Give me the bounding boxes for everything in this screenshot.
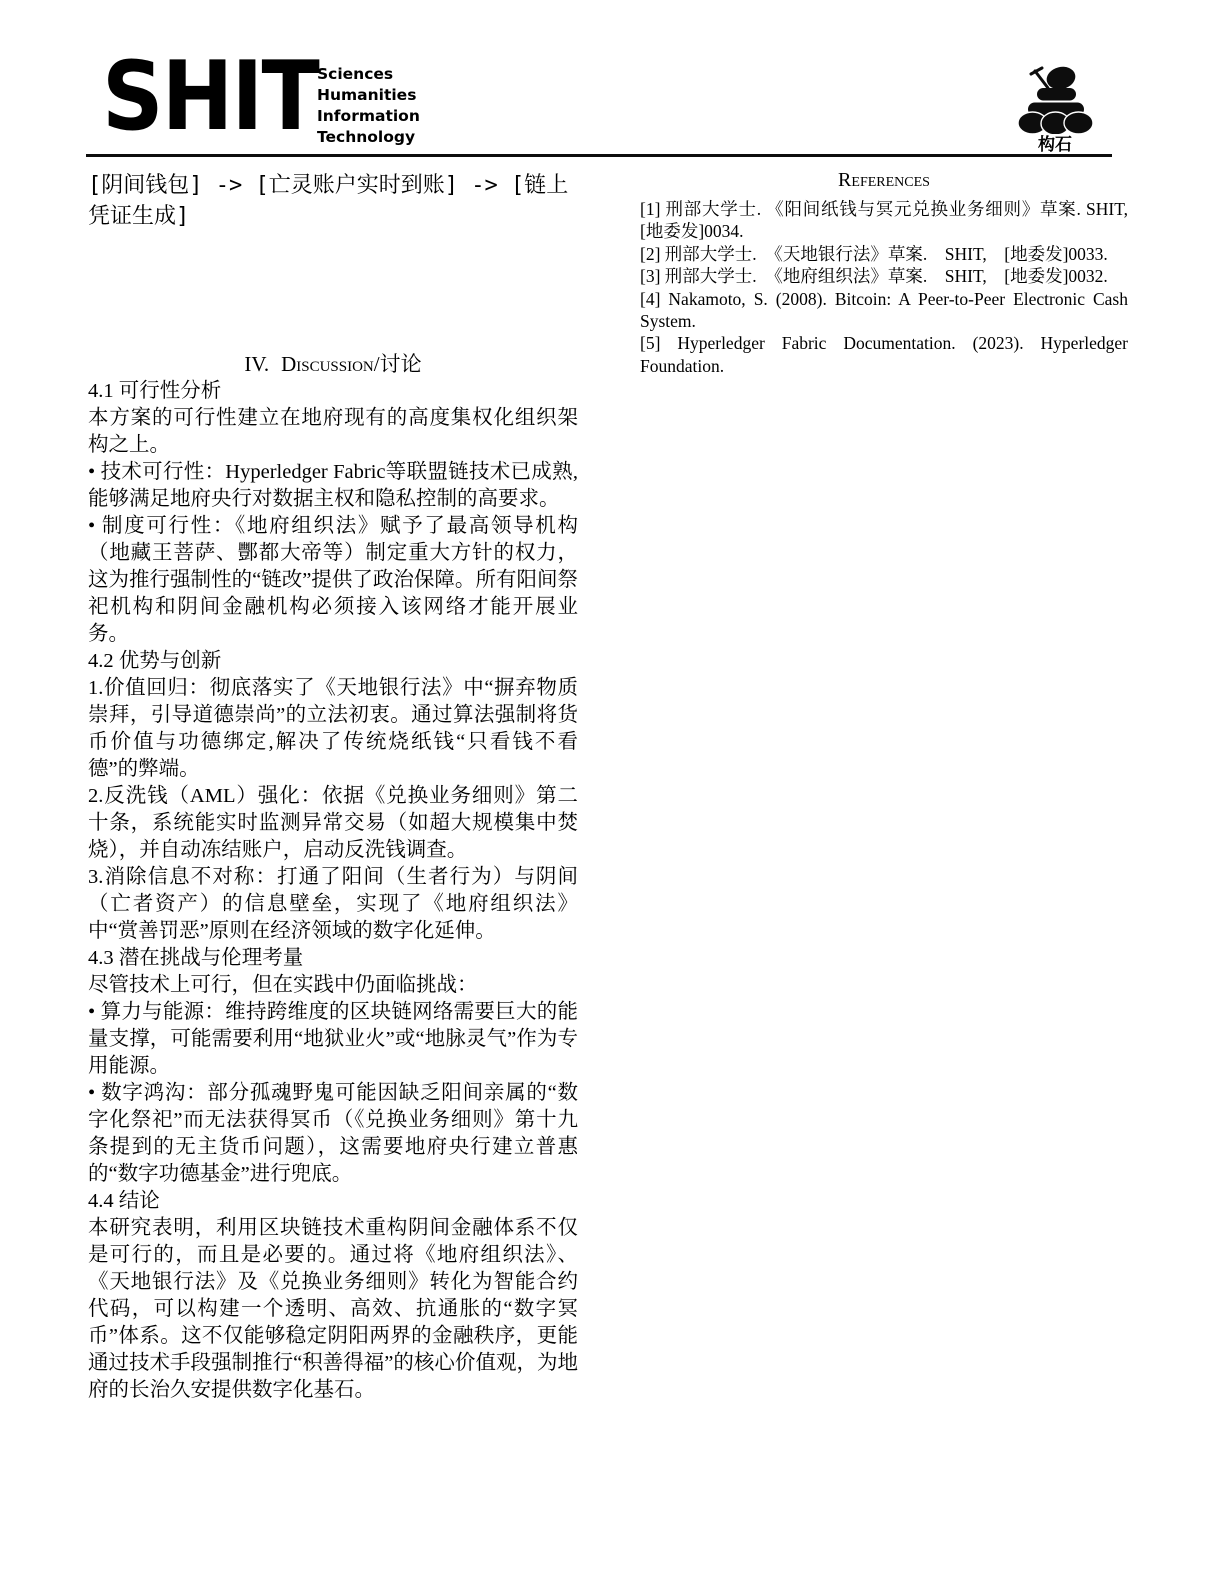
body-paragraph: 2.反洗钱（AML）强化：依据《兑换业务细则》第二十条，系统能实时监测异常交易（… [88,783,578,864]
journal-subtitle-line: Humanities [317,85,420,106]
left-column: [阴间钱包] -> [亡灵账户实时到账] -> [链上凭证生成] IV.Disc… [88,170,578,1404]
rock-pile-icon [1017,64,1093,134]
body-paragraph: 本方案的可行性建立在地府现有的高度集权化组织架构之上。 [88,405,578,459]
paper-page: SHIT Sciences Humanities Information Tec… [0,0,1224,1584]
right-column: References [1] 刑部大学士. 《阳间纸钱与冥元兑换业务细则》草案.… [640,168,1128,377]
subsection-heading: 4.2 优势与创新 [88,648,578,675]
journal-subtitle-line: Sciences [317,64,420,85]
journal-logo-subtitle: Sciences Humanities Information Technolo… [317,64,420,148]
body-paragraph: • 制度可行性：《地府组织法》赋予了最高领导机构（地藏王菩萨、酆都大帝等）制定重… [88,513,578,648]
body-paragraph: 3.消除信息不对称：打通了阳间（生者行为）与阴间（亡者资产）的信息壁垒，实现了《… [88,864,578,945]
body-paragraph: • 数字鸿沟：部分孤魂野鬼可能因缺乏阳间亲属的“数字化祭祀”而无法获得冥币（《兑… [88,1080,578,1188]
subsection-heading: 4.1 可行性分析 [88,378,578,405]
subsection-heading: 4.4 结论 [88,1188,578,1215]
reference-item: [5] Hyperledger Fabric Documentation. (2… [640,332,1128,377]
section-numeral: IV. [244,352,269,376]
journal-subtitle-line: Technology [317,127,420,148]
reference-item: [3] 刑部大学士. 《地府组织法》草案. SHIT, [地委发]0032. [640,265,1128,287]
publisher-logo-caption: 构石 [1000,135,1110,155]
section-title: Discussion/讨论 [281,352,422,376]
journal-subtitle-line: Information [317,106,420,127]
subsection-heading: 4.3 潜在挑战与伦理考量 [88,945,578,972]
body-paragraph: • 算力与能源：维持跨维度的区块链网络需要巨大的能量支撑，可能需要利用“地狱业火… [88,999,578,1080]
body-paragraph: 尽管技术上可行，但在实践中仍面临挑战： [88,972,578,999]
header-divider [86,154,1112,157]
journal-logo-text: SHIT [102,50,318,145]
body-paragraph: 本研究表明，利用区块链技术重构阴间金融体系不仅是可行的，而且是必要的。通过将《地… [88,1215,578,1404]
reference-item: [4] Nakamoto, S. (2008). Bitcoin: A Peer… [640,288,1128,333]
flow-diagram-line: [阴间钱包] -> [亡灵账户实时到账] -> [链上凭证生成] [88,170,578,232]
body-paragraph: 1.价值回归：彻底落实了《天地银行法》中“摒弃物质崇拜，引导道德崇尚”的立法初衷… [88,675,578,783]
reference-item: [2] 刑部大学士. 《天地银行法》草案. SHIT, [地委发]0033. [640,243,1128,265]
publisher-logo: 构石 [1000,64,1110,155]
reference-item: [1] 刑部大学士. 《阳间纸钱与冥元兑换业务细则》草案. SHIT, [地委发… [640,198,1128,243]
body-paragraph: • 技术可行性：Hyperledger Fabric等联盟链技术已成熟,能够满足… [88,459,578,513]
references-heading: References [640,168,1128,192]
section-heading-discussion: IV.Discussion/讨论 [88,351,578,378]
